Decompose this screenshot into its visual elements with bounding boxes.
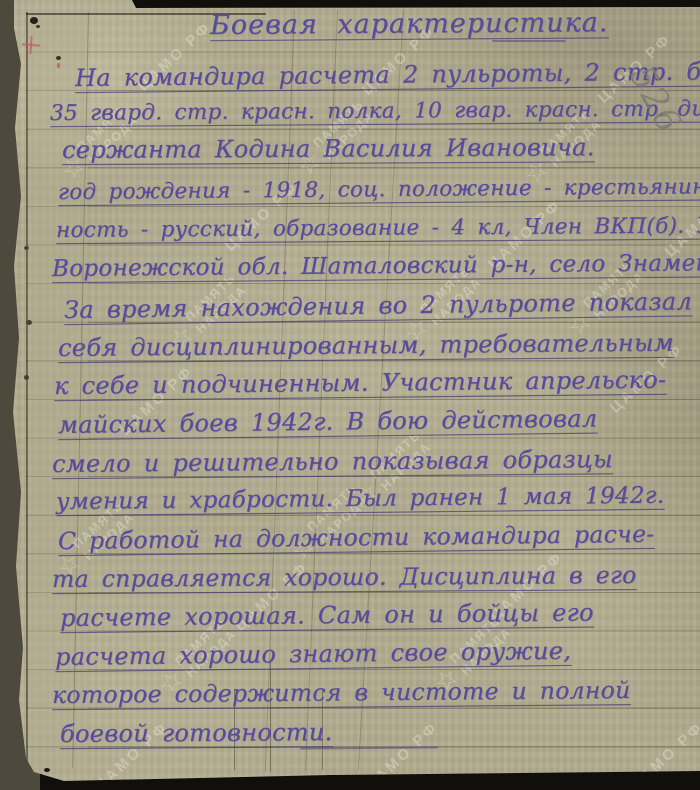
handwritten-line: расчета хорошо знают свое оружие,: [55, 639, 571, 669]
ruled-line: [26, 12, 28, 768]
paper-hole-speck: [24, 246, 29, 250]
handwritten-line: которое содержится в чистоте и полной: [52, 679, 631, 708]
handwritten-line: себя дисциплинированным, требовательным: [58, 331, 674, 360]
handwritten-line: боевой готовности.: [60, 720, 333, 746]
document-title: Боевая характеристика.: [210, 9, 609, 39]
handwritten-line: та справляется хорошо. Дисциплина в его: [52, 564, 637, 592]
paper-hole-speck: [44, 768, 50, 772]
title-trailing-rule: [492, 40, 566, 42]
handwritten-line: к себе и подчиненным. Участник апрельско…: [54, 368, 667, 398]
document-scan: ЦАМО РФЦАМО РФЦАМО РФ☆ПАМЯТЬНАРОДА☆ПАМЯТ…: [0, 0, 700, 790]
paper-hole-speck: [36, 25, 40, 28]
handwritten-line: ность - русский, образование - 4 кл, Чле…: [56, 215, 700, 242]
handwritten-line: год рождения - 1918, соц. положение - кр…: [58, 175, 700, 203]
handwritten-line: 35 гвард. стр. красн. полка, 10 гвар. кр…: [50, 98, 700, 125]
handwritten-line: На командира расчета 2 пульроты, 2 стр. …: [75, 59, 700, 90]
paper-hole-speck: [56, 56, 61, 60]
red-ink-dot: [57, 63, 60, 68]
handwritten-line: смело и решительно показывая образцы: [52, 447, 613, 476]
paper-hole-speck: [30, 17, 38, 24]
paper-sheet: ЦАМО РФЦАМО РФЦАМО РФ☆ПАМЯТЬНАРОДА☆ПАМЯТ…: [0, 0, 700, 790]
handwritten-line: Воронежской обл. Шаталовский р-н, село З…: [52, 252, 700, 281]
handwritten-line: сержанта Кодина Василия Ивановича.: [62, 135, 595, 162]
red-cross-mark: [22, 36, 40, 54]
ruled-line: [270, 660, 271, 772]
paper-hole-speck: [24, 375, 29, 380]
paper-hole-speck: [26, 320, 32, 325]
handwritten-line: майских боев 1942г. В бою действовал: [58, 406, 598, 437]
handwritten-line: расчете хорошая. Сам он и бойцы его: [60, 600, 594, 630]
